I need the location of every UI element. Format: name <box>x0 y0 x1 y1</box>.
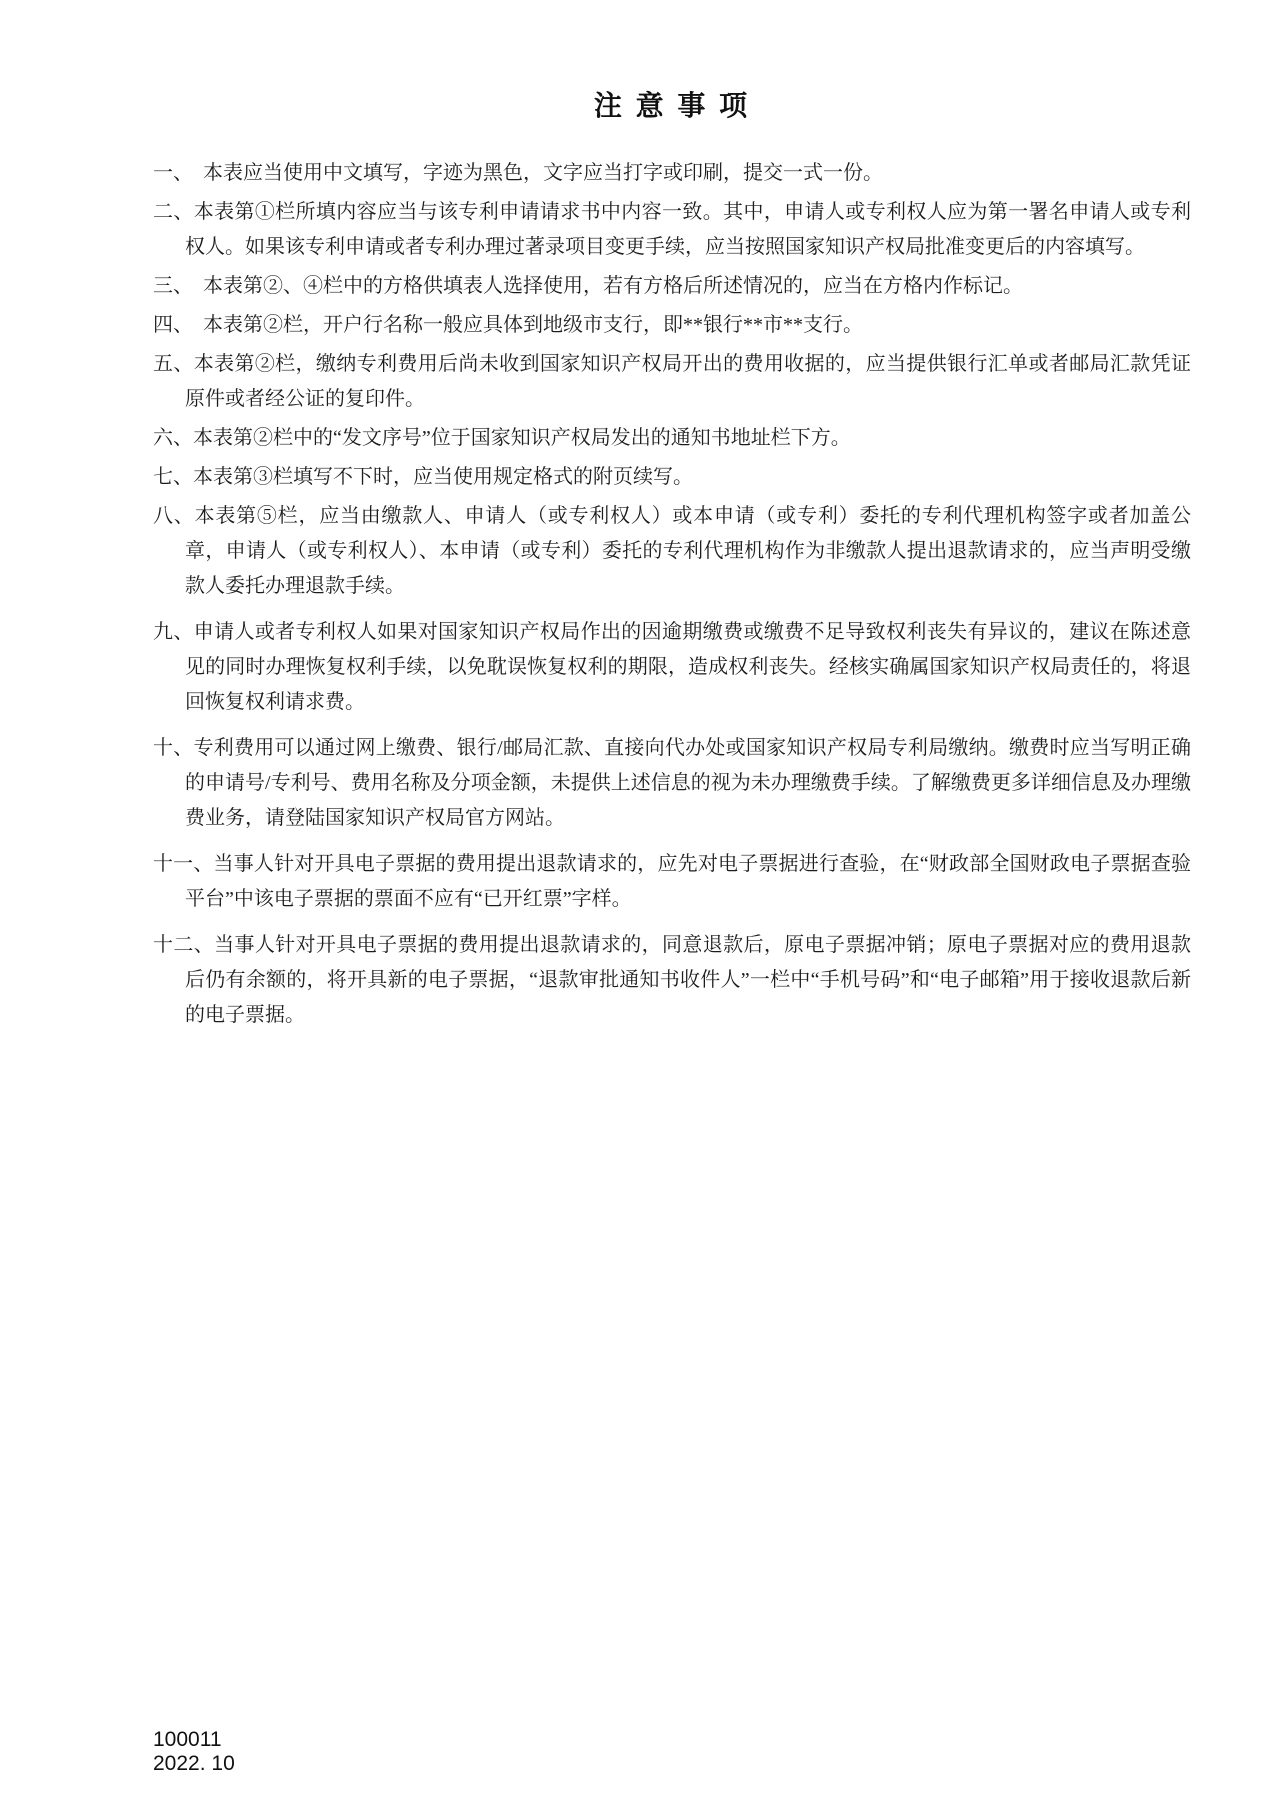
note-text: 本表应当使用中文填写，字迹为黑色，文字应当打字或印刷，提交一式一份。 <box>183 162 883 184</box>
note-text: 当事人针对开具电子票据的费用提出退款请求的，应先对电子票据进行查验，在“财政部全… <box>185 853 1191 910</box>
note-number: 六、 <box>153 427 193 449</box>
document-page: 注 意 事 项 一、 本表应当使用中文填写，字迹为黑色，文字应当打字或印刷，提交… <box>0 0 1280 1810</box>
form-code: 100011 <box>153 1728 235 1752</box>
note-item-11: 十一、当事人针对开具电子票据的费用提出退款请求的，应先对电子票据进行查验，在“财… <box>153 847 1191 917</box>
note-item-5: 五、本表第②栏，缴纳专利费用后尚未收到国家知识产权局开出的费用收据的，应当提供银… <box>153 347 1191 417</box>
note-text: 本表第②栏，缴纳专利费用后尚未收到国家知识产权局开出的费用收据的，应当提供银行汇… <box>185 353 1191 410</box>
note-item-3: 三、 本表第②、④栏中的方格供填表人选择使用，若有方格后所述情况的，应当在方格内… <box>153 269 1191 304</box>
note-item-2: 二、本表第①栏所填内容应当与该专利申请请求书中内容一致。其中，申请人或专利权人应… <box>153 195 1191 265</box>
note-number: 十二、 <box>153 934 214 956</box>
note-text: 专利费用可以通过网上缴费、银行/邮局汇款、直接向代办处或国家知识产权局专利局缴纳… <box>185 737 1191 829</box>
note-text: 本表第⑤栏，应当由缴款人、申请人（或专利权人）或本申请（或专利）委托的专利代理机… <box>185 505 1191 597</box>
note-number: 二、 <box>153 201 194 223</box>
note-item-7: 七、本表第③栏填写不下时，应当使用规定格式的附页续写。 <box>153 460 1191 495</box>
note-number: 八、 <box>153 505 195 527</box>
note-item-6: 六、本表第②栏中的“发文序号”位于国家知识产权局发出的通知书地址栏下方。 <box>153 421 1191 456</box>
note-number: 三、 <box>153 275 183 297</box>
note-number: 五、 <box>153 353 194 375</box>
page-footer: 100011 2022. 10 <box>153 1728 235 1776</box>
note-number: 四、 <box>153 314 183 336</box>
note-text: 本表第③栏填写不下时，应当使用规定格式的附页续写。 <box>193 466 693 488</box>
note-item-1: 一、 本表应当使用中文填写，字迹为黑色，文字应当打字或印刷，提交一式一份。 <box>153 156 1191 191</box>
note-item-8: 八、本表第⑤栏，应当由缴款人、申请人（或专利权人）或本申请（或专利）委托的专利代… <box>153 499 1191 604</box>
notes-list: 一、 本表应当使用中文填写，字迹为黑色，文字应当打字或印刷，提交一式一份。 二、… <box>153 156 1191 1033</box>
note-text: 本表第①栏所填内容应当与该专利申请请求书中内容一致。其中，申请人或专利权人应为第… <box>185 201 1191 258</box>
note-number: 九、 <box>153 621 194 643</box>
form-revision-date: 2022. 10 <box>153 1752 235 1776</box>
note-text: 本表第②栏中的“发文序号”位于国家知识产权局发出的通知书地址栏下方。 <box>193 427 851 449</box>
note-text: 申请人或者专利权人如果对国家知识产权局作出的因逾期缴费或缴费不足导致权利丧失有异… <box>185 621 1191 713</box>
note-number: 十、 <box>153 737 194 759</box>
note-item-4: 四、 本表第②栏，开户行名称一般应具体到地级市支行，即**银行**市**支行。 <box>153 308 1191 343</box>
note-number: 七、 <box>153 466 193 488</box>
page-title: 注 意 事 项 <box>153 90 1191 122</box>
note-item-10: 十、专利费用可以通过网上缴费、银行/邮局汇款、直接向代办处或国家知识产权局专利局… <box>153 731 1191 836</box>
note-item-9: 九、申请人或者专利权人如果对国家知识产权局作出的因逾期缴费或缴费不足导致权利丧失… <box>153 615 1191 720</box>
note-number: 一、 <box>153 162 183 184</box>
note-item-12: 十二、当事人针对开具电子票据的费用提出退款请求的，同意退款后，原电子票据冲销；原… <box>153 928 1191 1033</box>
note-text: 当事人针对开具电子票据的费用提出退款请求的，同意退款后，原电子票据冲销；原电子票… <box>185 934 1191 1026</box>
note-text: 本表第②栏，开户行名称一般应具体到地级市支行，即**银行**市**支行。 <box>183 314 863 336</box>
note-text: 本表第②、④栏中的方格供填表人选择使用，若有方格后所述情况的，应当在方格内作标记… <box>183 275 1023 297</box>
note-number: 十一、 <box>153 853 214 875</box>
